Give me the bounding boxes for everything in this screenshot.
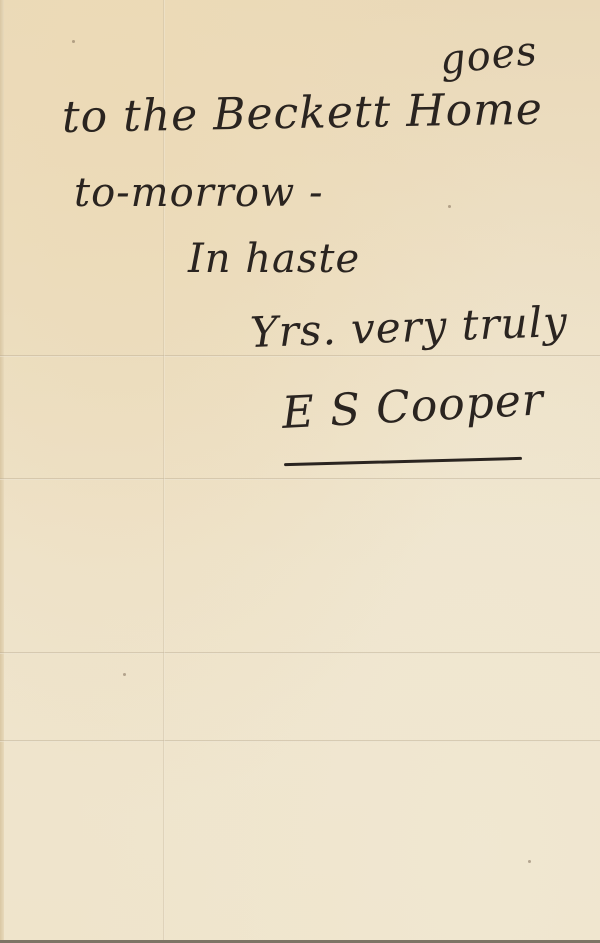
- fold-line: [0, 478, 600, 480]
- handwritten-line-2: to the Beckett Home: [62, 84, 544, 143]
- fold-line: [0, 740, 600, 742]
- fold-line: [0, 652, 600, 654]
- fold-line-vertical: [163, 0, 165, 943]
- handwritten-line-1: goes: [438, 28, 540, 84]
- handwritten-line-4: In haste: [188, 236, 360, 282]
- signature: E S Cooper: [281, 374, 545, 439]
- signature-underline: [284, 457, 522, 466]
- paper-speck: [72, 40, 75, 43]
- handwritten-line-3: to-morrow -: [74, 170, 323, 216]
- fold-line: [0, 355, 600, 357]
- closing-line: Yrs. very truly: [249, 297, 568, 357]
- paper-left-edge: [0, 0, 4, 943]
- paper-speck: [448, 205, 451, 208]
- letter-page: goes to the Beckett Home to-morrow - In …: [0, 0, 600, 943]
- paper-speck: [528, 860, 531, 863]
- paper-speck: [123, 673, 126, 676]
